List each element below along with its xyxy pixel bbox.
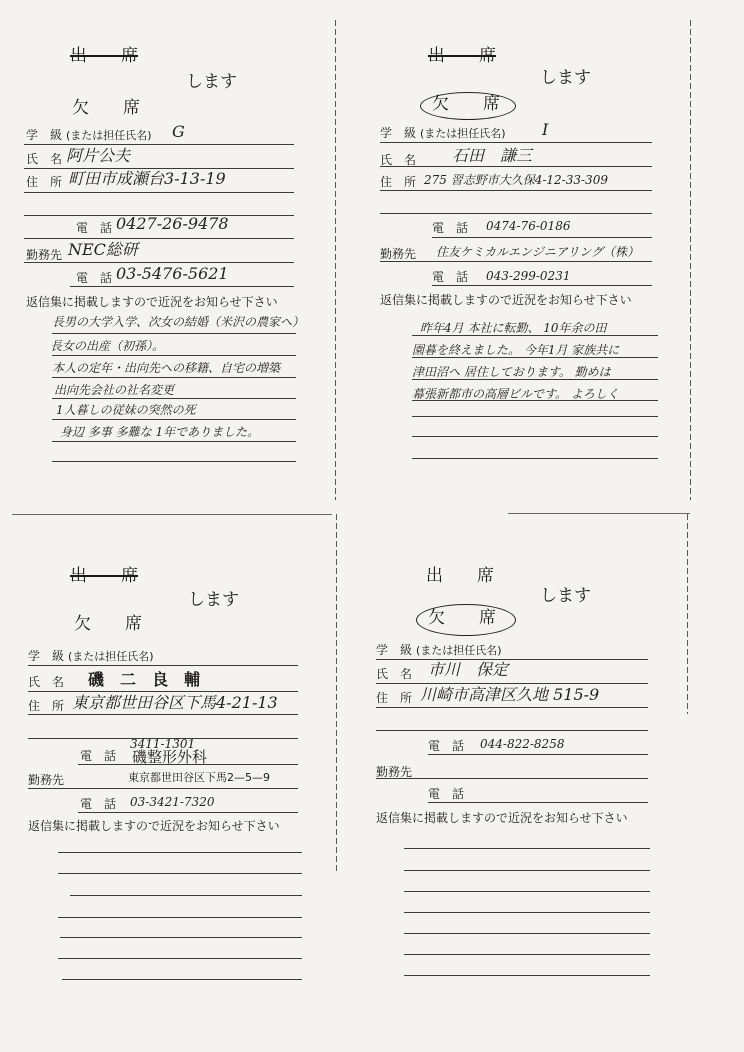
rule <box>58 873 302 874</box>
employer-phone-label: 電 話 <box>80 798 116 810</box>
address-value: 川崎市高津区久地 515-9 <box>420 687 599 703</box>
message-line: 昨年4月 本社に転勤、 10年余の田 <box>420 322 607 334</box>
attend-option: 出 席 <box>70 48 138 65</box>
rule <box>412 379 658 380</box>
name-value: 市川 保定 <box>428 662 508 678</box>
rule <box>404 848 650 849</box>
name-stamp: 磯 二 良 輔 <box>88 672 200 688</box>
attend-option: 出 席 <box>70 568 138 585</box>
rule <box>52 419 296 420</box>
employer-value: 住友ケミカルエンジニアリング（株） <box>436 246 639 258</box>
address-label: 住 所 <box>28 700 64 712</box>
message-prompt: 返信集に掲載しますので近況をお知らせ下さい <box>28 820 280 832</box>
rule <box>404 933 650 934</box>
rule <box>404 975 650 976</box>
rule <box>412 436 658 437</box>
name-label: 氏 名 <box>380 154 416 166</box>
rule <box>70 286 294 287</box>
employer-phone-label: 電 話 <box>432 271 468 283</box>
rule <box>412 400 658 401</box>
rule <box>52 461 296 462</box>
absent-option: 欠 席 <box>432 96 500 113</box>
employer-label: 勤務先 <box>380 248 416 260</box>
shimasu-text: します <box>540 588 591 605</box>
phone-value: 0474-76-0186 <box>486 220 570 232</box>
message-line: 長男の大学入学、次女の結婚（米沢の農家へ） <box>52 316 304 328</box>
rule <box>60 937 302 938</box>
name-label: 氏 名 <box>376 668 412 680</box>
rule <box>412 335 658 336</box>
absent-option: 欠 席 <box>72 100 140 117</box>
class-label: 学 級 <box>26 129 62 141</box>
message-prompt: 返信集に掲載しますので近況をお知らせ下さい <box>376 812 628 824</box>
attend-option: 出 席 <box>426 568 494 585</box>
reply-card-top-left: 出 席 します 欠 席 学 級 (または担任氏名) G 氏 名 阿片公夫 住 所… <box>0 0 336 510</box>
rule <box>24 144 294 145</box>
rule <box>404 912 650 913</box>
phone-value: 0427-26-9478 <box>116 216 229 232</box>
rule <box>62 979 302 980</box>
card-divider-horizontal <box>12 514 332 515</box>
rule <box>376 683 648 684</box>
rule <box>404 954 650 955</box>
class-hint: (または担任氏名) <box>66 130 152 141</box>
message-prompt: 返信集に掲載しますので近況をお知らせ下さい <box>26 296 278 308</box>
rule <box>52 333 296 334</box>
message-line: 幕張新都市の高層ビルです。 よろしく <box>412 388 619 400</box>
rule <box>78 812 298 813</box>
phone-value: 044-822-8258 <box>480 738 564 750</box>
employer-value: NEC総研 <box>68 242 138 258</box>
name-value: 石田 謙三 <box>452 148 532 164</box>
rule <box>380 261 652 262</box>
rule <box>380 166 652 167</box>
employer-phone-label: 電 話 <box>76 272 112 284</box>
class-hint: (または担任氏名) <box>68 651 154 662</box>
message-line: 出向先会社の社名変更 <box>54 384 174 396</box>
rule <box>412 416 658 417</box>
rule <box>380 190 652 191</box>
rule <box>432 285 652 286</box>
employer-stamp: 磯整形外科 <box>132 750 207 765</box>
class-value: G <box>172 124 185 140</box>
employer-phone-value: 03-3421-7320 <box>130 796 214 808</box>
address-value: 東京都世田谷区下馬4-21-13 <box>72 695 278 711</box>
rule <box>58 917 302 918</box>
rule <box>412 458 658 459</box>
rule <box>24 238 294 239</box>
message-line: 1人暮しの従妹の突然の死 <box>56 404 196 416</box>
message-line: 園暮を終えました。 今年1月 家族共に <box>412 344 619 356</box>
message-line: 津田沼へ 居住しております。 勤めは <box>412 366 611 378</box>
class-hint: (または担任氏名) <box>416 645 502 656</box>
rule <box>28 788 298 789</box>
rule <box>432 237 652 238</box>
absent-option: 欠 席 <box>74 616 142 633</box>
attend-option: 出 席 <box>428 48 496 65</box>
message-line: 長女の出産（初孫）。 <box>50 340 164 352</box>
rule <box>52 355 296 356</box>
class-label: 学 級 <box>28 650 64 662</box>
message-prompt: 返信集に掲載しますので近況をお知らせ下さい <box>380 294 632 306</box>
address-value: 275 習志野市大久保4-12-33-309 <box>424 174 608 186</box>
employer-label: 勤務先 <box>376 766 412 778</box>
employer-label: 勤務先 <box>28 774 64 786</box>
rule <box>376 730 648 731</box>
rule <box>376 659 648 660</box>
rule <box>70 895 302 896</box>
class-value: I <box>542 122 548 138</box>
message-line: 身辺 多事 多難な 1年でありました。 <box>60 426 259 438</box>
rule <box>28 691 298 692</box>
shimasu-text: します <box>540 70 591 87</box>
rule <box>380 213 652 214</box>
rule <box>58 852 302 853</box>
class-label: 学 級 <box>380 127 416 139</box>
reply-card-bottom-left: 出 席 します 欠 席 学 級 (または担任氏名) 氏 名 磯 二 良 輔 住 … <box>0 516 336 1052</box>
shimasu-text: します <box>188 592 239 609</box>
rule <box>52 441 296 442</box>
rule <box>52 398 296 399</box>
phone-label: 電 話 <box>76 222 112 234</box>
name-value: 阿片公夫 <box>66 148 130 164</box>
card-divider-horizontal-right <box>508 513 690 514</box>
shimasu-text: します <box>186 74 237 91</box>
class-label: 学 級 <box>376 644 412 656</box>
address-value: 町田市成瀬台3-13-19 <box>68 171 226 187</box>
rule <box>376 707 648 708</box>
rule <box>404 891 650 892</box>
rule <box>24 262 294 263</box>
card-divider-right-top <box>690 20 691 500</box>
rule <box>78 764 298 765</box>
phone-label: 電 話 <box>432 222 468 234</box>
name-label: 氏 名 <box>28 676 64 688</box>
rule <box>28 665 298 666</box>
rule <box>428 802 648 803</box>
rule <box>58 958 302 959</box>
rule <box>412 357 658 358</box>
reply-card-bottom-right: 出 席 します 欠 席 学 級 (または担任氏名) 氏 名 市川 保定 住 所 … <box>340 516 690 1052</box>
address-label: 住 所 <box>380 176 416 188</box>
rule <box>24 192 294 193</box>
rule <box>404 870 650 871</box>
address-label: 住 所 <box>26 176 62 188</box>
message-line: 本人の定年・出向先への移籍、自宅の増築 <box>52 362 280 374</box>
phone-label: 電 話 <box>80 750 116 762</box>
employer-label: 勤務先 <box>26 249 62 261</box>
employer-address-stamp: 東京都世田谷区下馬2—5—9 <box>128 772 270 783</box>
rule <box>28 714 298 715</box>
employer-phone-value: 043-299-0231 <box>486 270 570 282</box>
card-divider-vertical-bottom <box>336 514 337 874</box>
phone-label: 電 話 <box>428 740 464 752</box>
class-hint: (または担任氏名) <box>420 128 506 139</box>
name-label: 氏 名 <box>26 153 62 165</box>
rule <box>376 778 648 779</box>
rule <box>428 754 648 755</box>
absent-option: 欠 席 <box>428 610 496 627</box>
reply-card-top-right: 出 席 します 欠 席 学 級 (または担任氏名) I 氏 名 石田 謙三 住 … <box>340 0 690 510</box>
employer-phone-label: 電 話 <box>428 788 464 800</box>
address-label: 住 所 <box>376 692 412 704</box>
rule <box>52 377 296 378</box>
employer-phone-value: 03-5476-5621 <box>116 266 229 282</box>
rule <box>380 142 652 143</box>
